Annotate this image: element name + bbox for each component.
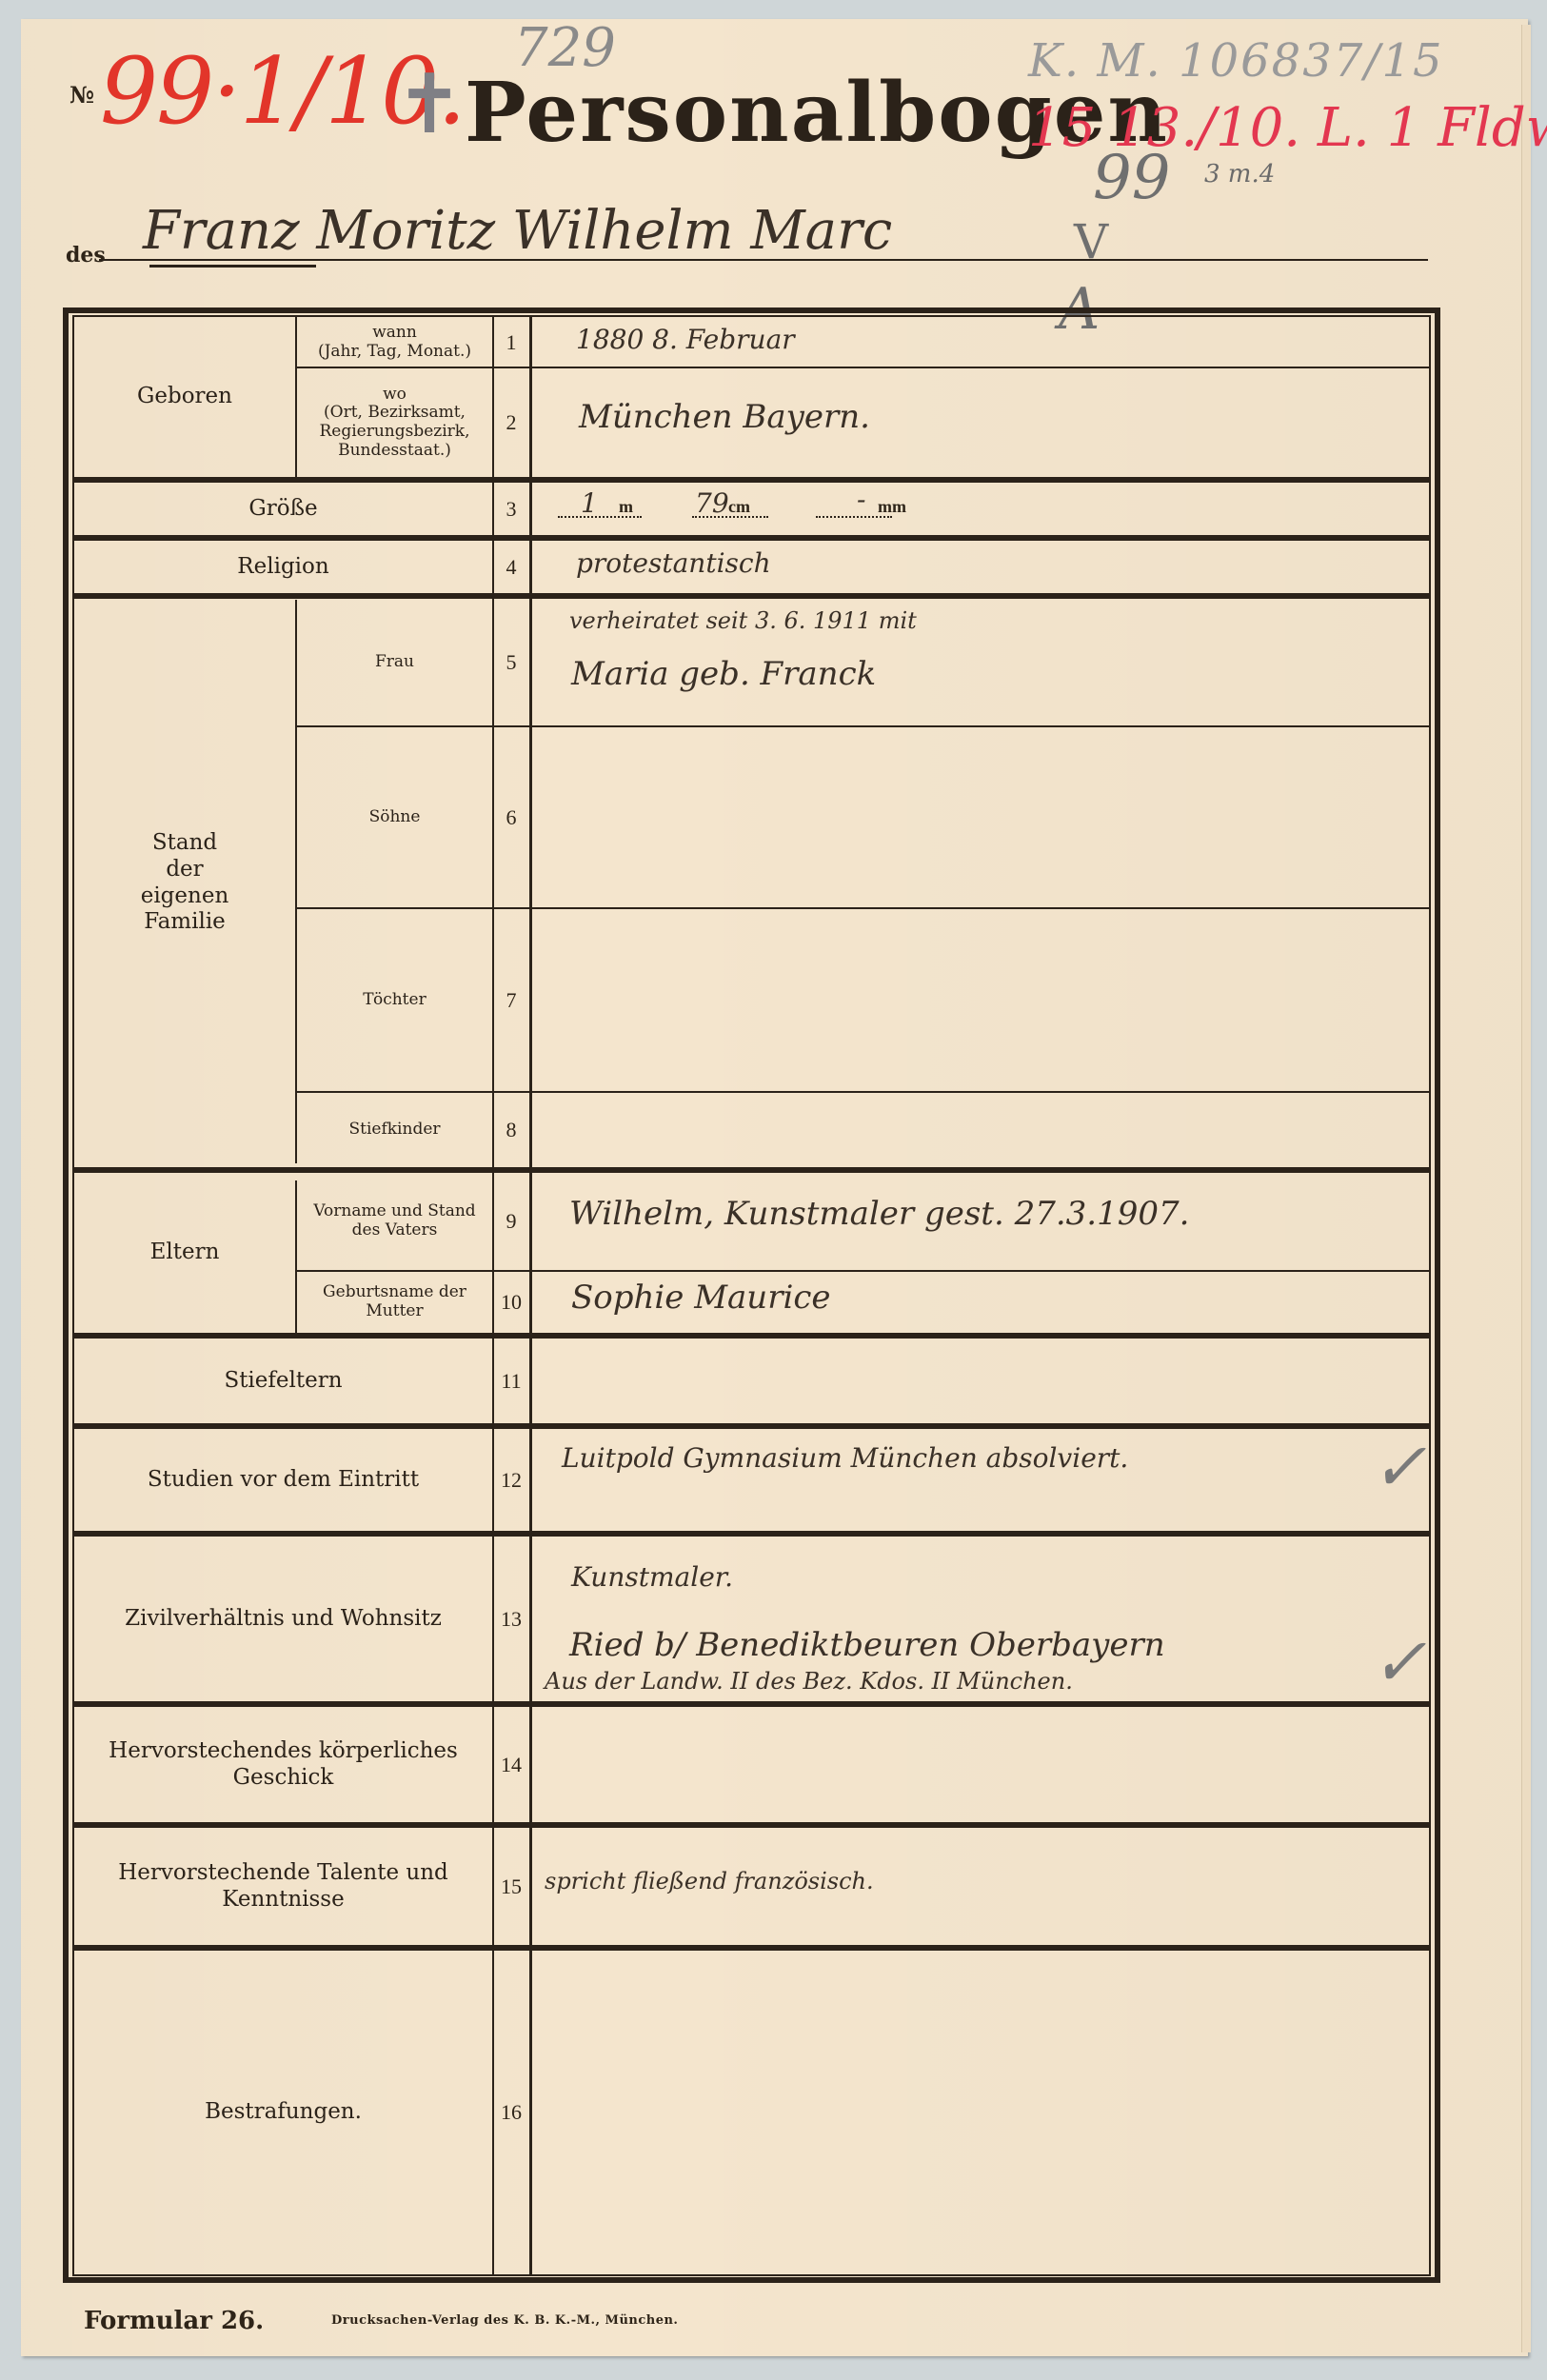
- name-underline: [149, 265, 316, 268]
- label-groesse: Größe: [74, 483, 492, 535]
- label-soehne: Söhne: [297, 727, 492, 907]
- row-number: 6: [494, 727, 528, 907]
- group-label-stand-familie: Stand der eigenen Familie: [74, 599, 295, 1167]
- des-label: des: [66, 243, 106, 268]
- label-zivilverhaeltnis: Zivilverhältnis und Wohnsitz: [74, 1537, 492, 1701]
- row-number: 2: [494, 368, 528, 477]
- value-height-m: 1: [581, 487, 598, 519]
- row-number: 14: [494, 1707, 528, 1822]
- row-number: 3: [494, 483, 528, 535]
- checkmark-icon: ✓: [1371, 1428, 1427, 1506]
- label-studien: Studien vor dem Eintritt: [74, 1429, 492, 1531]
- number-label: №: [69, 81, 94, 109]
- pencil-note-3m: 3 m.4: [1204, 160, 1275, 188]
- value-birth-date: 1880 8. Februar: [576, 324, 795, 355]
- value-residence: Ried b/ Benediktbeuren Oberbayern: [569, 1626, 1165, 1664]
- value-height-cm: 79: [695, 487, 729, 519]
- label-toechter: Töchter: [297, 909, 492, 1091]
- row-number: 10: [494, 1272, 528, 1333]
- label-talente: Hervorstechende Talente undKenntnisse: [74, 1828, 492, 1945]
- pencil-note-v: V: [1074, 214, 1108, 269]
- unit-mm: mm: [878, 497, 906, 517]
- cross-icon: ✝: [395, 57, 464, 152]
- value-talents: spricht fließend französisch.: [545, 1868, 874, 1894]
- unit-cm: cm: [728, 497, 750, 517]
- row-number: 7: [494, 909, 528, 1091]
- row-number: 4: [494, 541, 528, 593]
- label-vater: Vorname und Standdes Vaters: [297, 1173, 492, 1270]
- row-number: 15: [494, 1828, 528, 1945]
- checkmark-icon: ✓: [1371, 1623, 1427, 1701]
- pencil-note-99: 99: [1093, 143, 1170, 213]
- value-birth-place: München Bayern.: [579, 398, 870, 436]
- value-height-mm: -: [857, 484, 865, 515]
- row-number: 5: [494, 599, 528, 725]
- unit-m: m: [619, 497, 633, 517]
- value-religion: protestantisch: [576, 547, 771, 579]
- value-studies: Luitpold Gymnasium München absolviert.: [562, 1442, 1128, 1474]
- value-wife: Maria geb. Franck: [571, 655, 876, 693]
- label-wo: wo(Ort, Bezirksamt,Regierungsbezirk,Bund…: [297, 368, 492, 477]
- value-father: Wilhelm, Kunstmaler gest. 27.3.1907.: [569, 1195, 1189, 1233]
- col-divider-num: [529, 317, 532, 2276]
- row-number: 9: [494, 1173, 528, 1270]
- value-military-district: Aus der Landw. II des Bez. Kdos. II Münc…: [545, 1668, 1073, 1695]
- group-label-eltern: Eltern: [74, 1173, 295, 1333]
- group-label-geboren: Geboren: [74, 317, 295, 477]
- label-wann: wann(Jahr, Tag, Monat.): [297, 319, 492, 367]
- label-bestrafungen: Bestrafungen.: [74, 1951, 492, 2274]
- label-mutter: Geburtsname derMutter: [297, 1272, 492, 1333]
- sheet-edge: [1521, 25, 1531, 2352]
- pencil-reference: K. M. 106837/15: [1028, 34, 1444, 88]
- row-number: 8: [494, 1093, 528, 1167]
- label-religion: Religion: [74, 541, 492, 593]
- row-number: 11: [494, 1339, 528, 1423]
- label-stiefkinder: Stiefkinder: [297, 1093, 492, 1167]
- label-frau: Frau: [297, 599, 492, 725]
- row-number: 16: [494, 1951, 528, 2274]
- value-mother: Sophie Maurice: [571, 1279, 831, 1317]
- publisher-line: Drucksachen-Verlag des K. B. K.-M., Münc…: [331, 2313, 678, 2328]
- value-occupation: Kunstmaler.: [571, 1561, 733, 1593]
- label-stiefeltern: Stiefeltern: [74, 1339, 492, 1423]
- row-number: 13: [494, 1537, 528, 1701]
- form-number: Formular 26.: [84, 2307, 264, 2335]
- label-koerperliches-geschick: Hervorstechendes körperlichesGeschick: [74, 1707, 492, 1822]
- row-number: 12: [494, 1429, 528, 1531]
- name-field: Franz Moritz Wilhelm Marc: [143, 200, 892, 262]
- value-marriage: verheiratet seit 3. 6. 1911 mit: [569, 607, 917, 634]
- row-number: 1: [494, 319, 528, 367]
